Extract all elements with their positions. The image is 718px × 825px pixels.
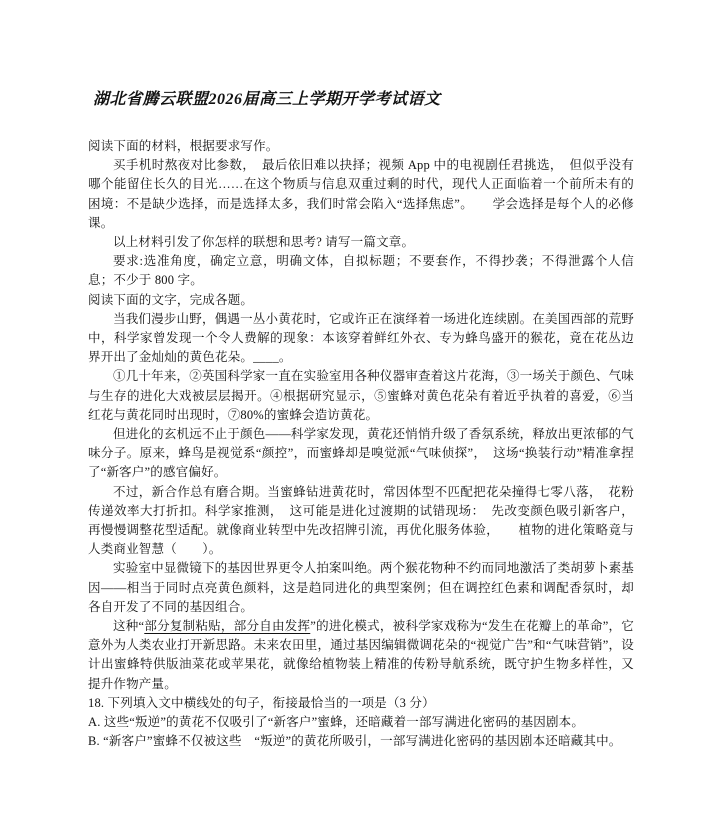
reading-task-intro: 阅读下面的文字，完成各题。 [88,291,634,310]
writing-task-intro: 阅读下面的材料，根据要求写作。 [88,137,634,156]
reading-paragraph-2: ①几十年来，②英国科学家一直在实验室用各种仪器审查着这片花海，③一场关于颜色、气… [88,367,634,425]
reading-paragraph-3: 但进化的玄机远不止于颜色——科学家发现，黄花还悄悄升级了香氛系统，释放出更浓郁的… [88,425,634,483]
document-title: 湖北省腾云联盟2026届高三上学期开学考试语文 [88,89,634,110]
exam-document-page: 湖北省腾云联盟2026届高三上学期开学考试语文 阅读下面的材料，根据要求写作。 … [0,0,718,825]
paragraph-text-before-underline: 这种“ [113,619,144,633]
writing-task-material: 买手机时熬夜对比参数， 最后依旧难以抉择；视频 App 中的电视剧任君挑选， 但… [88,156,634,233]
question-18-stem: 18. 下列填入文中横线处的句子，衔接最恰当的一项是（3 分） [88,694,634,713]
underlined-phrase: 部分复制粘贴，部分自由发挥 [144,619,310,633]
reading-paragraph-5: 实验室中显微镜下的基因世界更令人拍案叫绝。两个猴花物种不约而同地激活了类胡萝卜素… [88,559,634,617]
reading-paragraph-6: 这种“部分复制粘贴，部分自由发挥”的进化模式，被科学家戏称为“发生在花瓣上的革命… [88,617,634,694]
writing-task-requirements: 要求:选准角度，确定立意，明确文体，自拟标题；不要套作，不得抄袭；不得泄露个人信… [88,252,634,290]
reading-paragraph-1: 当我们漫步山野，偶遇一丛小黄花时，它或许正在演绎着一场进化连续剧。在美国西部的荒… [88,310,634,368]
question-18-option-a: A. 这些“叛逆”的黄花不仅吸引了“新客户”蜜蜂，还暗藏着一部写满进化密码的基因… [88,713,634,732]
question-18-option-b: B. “新客户”蜜蜂不仅被这些 “叛逆”的黄花所吸引，一部写满进化密码的基因剧本… [88,732,634,751]
document-body: 阅读下面的材料，根据要求写作。 买手机时熬夜对比参数， 最后依旧难以抉择；视频 … [88,137,634,752]
document-content: 湖北省腾云联盟2026届高三上学期开学考试语文 阅读下面的材料，根据要求写作。 … [88,89,634,752]
writing-task-prompt: 以上材料引发了你怎样的联想和思考? 请写一篇文章。 [88,233,634,252]
reading-paragraph-4: 不过，新合作总有磨合期。当蜜蜂钻进黄花时，常因体型不匹配把花朵撞得七零八落， 花… [88,483,634,560]
